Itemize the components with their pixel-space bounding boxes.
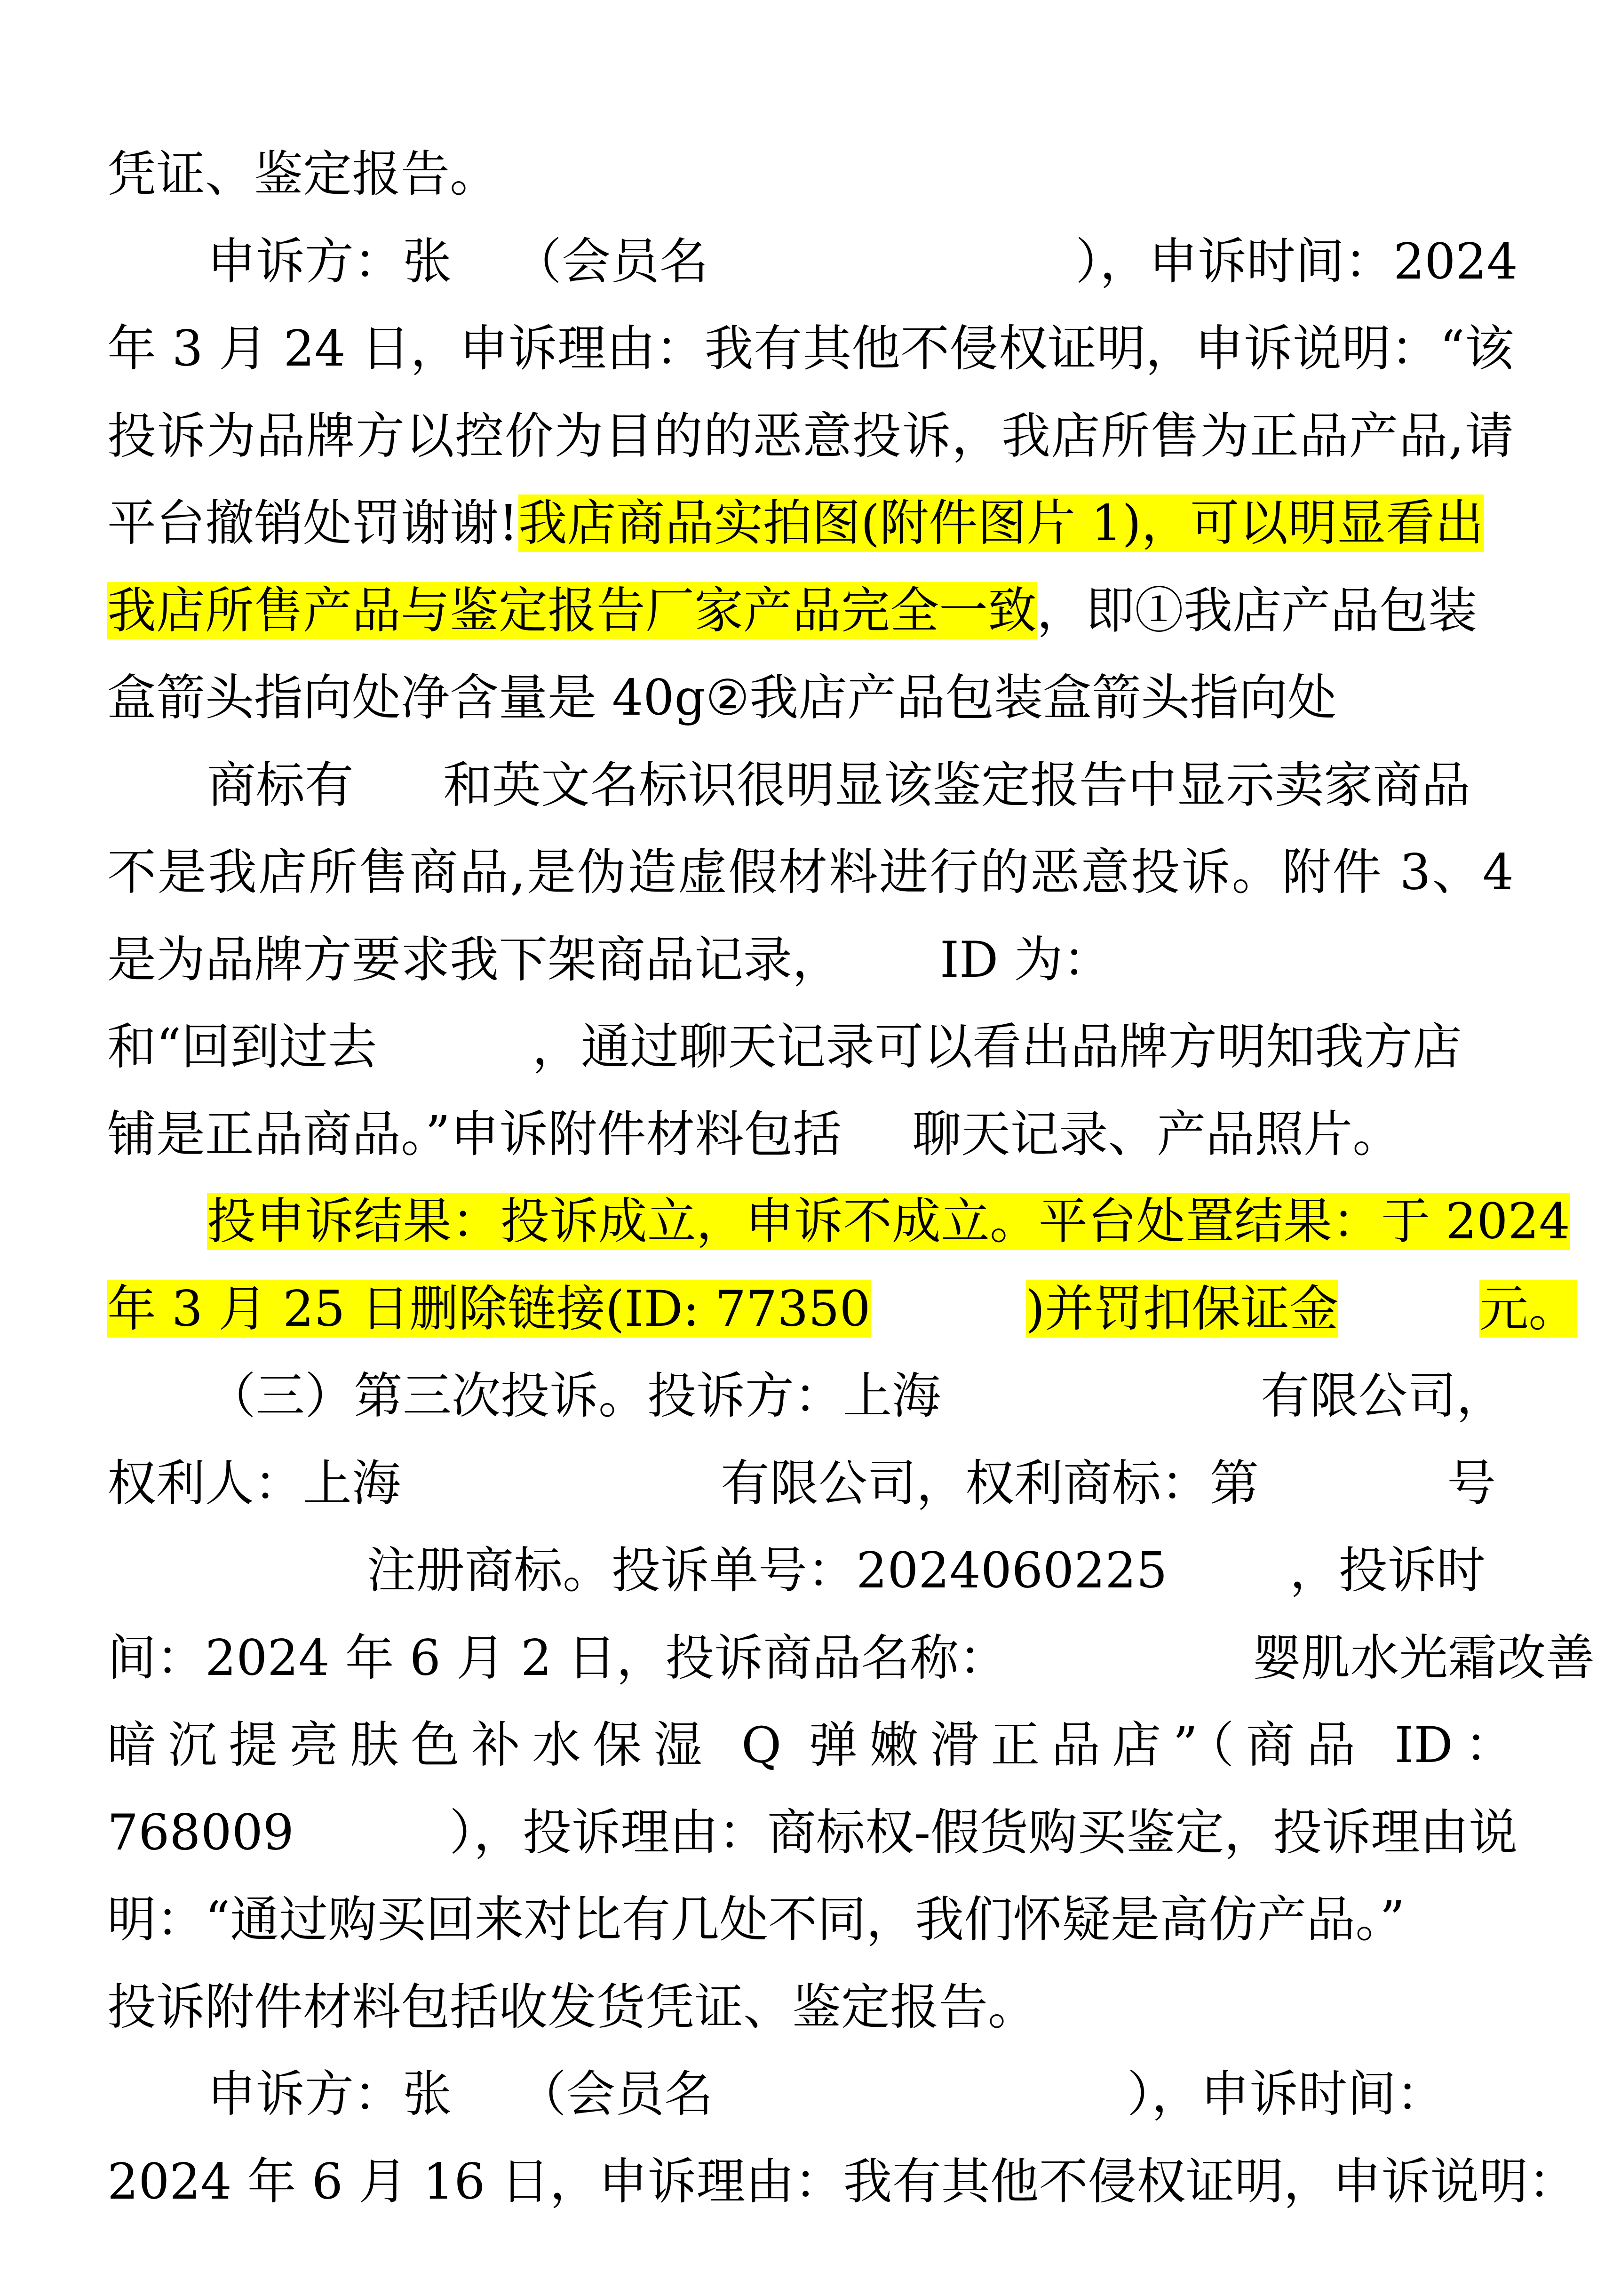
appeal-time-label: ），申诉时间：2024 <box>1075 233 1518 290</box>
text-line-24: 2024 年 6 月 16 日，申诉理由：我有其他不侵权证明，申诉说明： <box>107 2146 1514 2217</box>
text-line-6: 我店所售产品与鉴定报告厂家产品完全一致，即①我店产品包装 <box>107 575 1514 646</box>
text-segment: 和“回到过去 <box>107 1018 377 1076</box>
text-segment: 投诉附件材料包括收发货凭证、鉴定报告。 <box>107 1978 1037 2036</box>
text-segment: 不是我店所售商品,是伪造虚假材料进行的恶意投诉。附件 3、4 <box>107 844 1514 901</box>
text-line-13: 投申诉结果：投诉成立，申诉不成立。平台处置结果：于 2024 <box>207 1186 1514 1257</box>
text-line-20: 768009），投诉理由：商标权-假货购买鉴定，投诉理由说 <box>107 1797 1514 1868</box>
text-segment: 凭证、鉴定报告。 <box>107 145 499 203</box>
text-segment: 暗沉提亮肤色补水保湿 Q 弹嫩滑正品店”（商品 ID： <box>107 1716 1514 1774</box>
text-segment: 铺是正品商品。”申诉附件材料包括 <box>107 1106 842 1163</box>
product-name: 婴肌水光霜改善 <box>1252 1629 1595 1687</box>
text-line-17: 注册商标。投诉单号：2024060225，投诉时 <box>367 1535 1514 1606</box>
text-line-3: 年 3 月 24 日，申诉理由：我有其他不侵权证明，申诉说明：“该 <box>107 313 1514 384</box>
text-line-22: 投诉附件材料包括收发货凭证、鉴定报告。 <box>107 1972 1514 2042</box>
text-segment: 权利人：上海 <box>107 1455 401 1512</box>
text-segment: 号 <box>1447 1455 1496 1512</box>
text-segment: 商标有 <box>207 757 354 814</box>
text-segment: 有限公司，权利商标：第 <box>721 1455 1259 1512</box>
text-line-12: 铺是正品商品。”申诉附件材料包括聊天记录、产品照片。 <box>107 1099 1514 1170</box>
member-name-label: （会员名 <box>517 2065 713 2123</box>
text-segment: 投诉为品牌方以控价为目的的恶意投诉，我店所售为正品产品,请 <box>107 407 1514 465</box>
text-segment: ID 为： <box>940 931 1112 989</box>
text-segment: ，投诉时 <box>1290 1542 1486 1599</box>
highlighted-text: 我店商品实拍图(附件图片 1)，可以明显看出 <box>518 494 1484 552</box>
text-line-18: 间：2024 年 6 月 2 日，投诉商品名称：婴肌水光霜改善 <box>107 1623 1514 1693</box>
text-segment: 间：2024 年 6 月 2 日，投诉商品名称： <box>107 1629 1008 1687</box>
highlighted-result-text: 投申诉结果：投诉成立，申诉不成立。平台处置结果：于 2024 <box>207 1193 1570 1250</box>
highlighted-text: )并罚扣保证金 <box>1026 1280 1339 1338</box>
member-name-label: （会员名 <box>513 233 708 290</box>
document-page: 凭证、鉴定报告。 申诉方：张（会员名），申诉时间：2024 年 3 月 24 日… <box>0 0 1621 2296</box>
text-line-7: 盒箭头指向处净含量是 40g②我店产品包装盒箭头指向处 <box>107 662 1514 733</box>
text-line-5: 平台撤销处罚谢谢!我店商品实拍图(附件图片 1)，可以明显看出 <box>107 488 1514 558</box>
text-line-9: 不是我店所售商品,是伪造虚假材料进行的恶意投诉。附件 3、4 <box>107 837 1514 908</box>
text-line-11: 和“回到过去，通过聊天记录可以看出品牌方明知我方店 <box>107 1012 1514 1082</box>
text-segment: ，即①我店产品包装 <box>1037 582 1477 639</box>
complaint-number: 注册商标。投诉单号：2024060225 <box>367 1542 1168 1599</box>
text-segment: ），投诉理由：商标权-假货购买鉴定，投诉理由说 <box>449 1804 1518 1861</box>
text-line-16: 权利人：上海有限公司，权利商标：第号 <box>107 1448 1514 1519</box>
text-segment: 是为品牌方要求我下架商品记录， <box>107 931 841 989</box>
text-line-10: 是为品牌方要求我下架商品记录，ID 为： <box>107 925 1514 995</box>
appellant-label: 申诉方：张 <box>207 2065 452 2123</box>
appellant-label: 申诉方：张 <box>207 233 452 290</box>
text-segment: 和英文名标识很明显该鉴定报告中显示卖家商品 <box>443 757 1470 814</box>
text-segment: 年 3 月 24 日，申诉理由：我有其他不侵权证明，申诉说明：“该 <box>107 320 1514 377</box>
text-segment: ，通过聊天记录可以看出品牌方明知我方店 <box>532 1018 1462 1076</box>
text-line-1: 凭证、鉴定报告。 <box>107 139 1514 209</box>
text-line-4: 投诉为品牌方以控价为目的的恶意投诉，我店所售为正品产品,请 <box>107 401 1514 471</box>
text-line-14: 年 3 月 25 日删除链接(ID: 77350)并罚扣保证金元。 <box>107 1274 1514 1344</box>
text-line-2: 申诉方：张（会员名），申诉时间：2024 <box>207 226 1514 297</box>
highlighted-text: 我店所售产品与鉴定报告厂家产品完全一致 <box>107 582 1037 639</box>
text-line-19: 暗沉提亮肤色补水保湿 Q 弹嫩滑正品店”（商品 ID： <box>107 1710 1514 1780</box>
appeal-time-label: ），申诉时间： <box>1127 2065 1445 2123</box>
text-segment: 聊天记录、产品照片。 <box>912 1106 1401 1163</box>
text-line-15: （三）第三次投诉。投诉方：上海有限公司， <box>207 1361 1514 1431</box>
text-segment: 明：“通过购买回来对比有几处不同，我们怀疑是高仿产品。” <box>107 1891 1405 1948</box>
highlighted-text: 年 3 月 25 日删除链接(ID: 77350 <box>107 1280 871 1338</box>
text-line-23: 申诉方：张（会员名），申诉时间： <box>207 2059 1514 2129</box>
text-segment: 有限公司， <box>1261 1367 1505 1425</box>
text-line-8: 商标有和英文名标识很明显该鉴定报告中显示卖家商品 <box>207 750 1514 821</box>
highlighted-text: 元。 <box>1479 1280 1577 1338</box>
product-id: 768009 <box>107 1804 294 1861</box>
section-heading-third-complaint: （三）第三次投诉。投诉方：上海 <box>207 1367 941 1425</box>
text-segment: 盒箭头指向处净含量是 40g②我店产品包装盒箭头指向处 <box>107 669 1336 726</box>
text-segment: 平台撤销处罚谢谢! <box>107 494 518 552</box>
text-line-21: 明：“通过购买回来对比有几处不同，我们怀疑是高仿产品。” <box>107 1884 1514 1955</box>
text-segment: 2024 年 6 月 16 日，申诉理由：我有其他不侵权证明，申诉说明： <box>107 2153 1577 2210</box>
